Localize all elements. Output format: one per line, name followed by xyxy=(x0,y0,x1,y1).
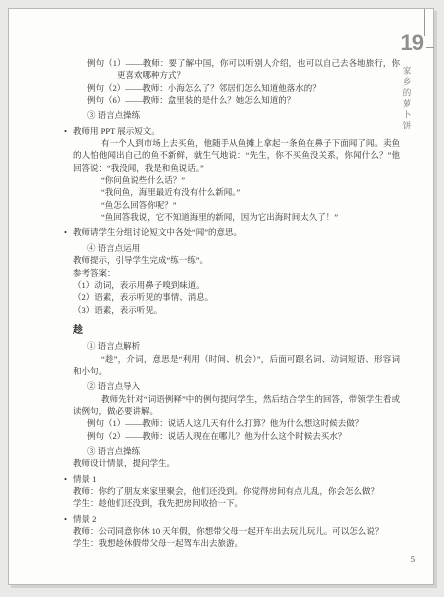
chapter-tab-rule-horizontal xyxy=(426,47,434,48)
teacher-line: 教师：公司同意你休 10 天年假，你想带父母一起开车出去玩儿玩儿。可以怎么说？ xyxy=(73,525,400,537)
page-number: 5 xyxy=(411,554,415,564)
dialogue-line: “你问鱼说些什么话？” xyxy=(101,174,400,186)
scenario-heading: 情景 2 xyxy=(73,513,400,525)
book-page: 19 家乡的萝卜饼 例句（1）——教师：要了解中国，你可以听别人介绍，也可以自己… xyxy=(8,8,434,585)
explanation-paragraph: “趁”，介词，意思是“利用（时间、机会）”，后面可跟名词、动词短语、形容词和小句… xyxy=(73,353,400,378)
numbered-step-heading: ③ 语言点操练 xyxy=(87,109,400,121)
dialogue-line: “鱼回答我说，它不知道海里的新闻，因为它出海时间太久了！” xyxy=(101,211,400,223)
student-line: 学生：趁他们还没到，我先把房间收拾一下。 xyxy=(73,497,400,509)
example-sentence-line: 例句（2）——教师：小海怎么了？邻居们怎么知道他落水的？ xyxy=(87,82,400,94)
numbered-step-heading: ① 语言点解析 xyxy=(87,340,400,352)
bullet-instruction: 教师用 PPT 展示短文。 xyxy=(73,125,400,137)
example-sentence-line: 例句（2）——教师：说话人现在在哪儿？他为什么这个时候去买水？ xyxy=(87,430,400,442)
numbered-step-heading: ④ 语言点运用 xyxy=(87,242,400,254)
numbered-step-heading: ② 语言点导入 xyxy=(87,380,400,392)
instruction-line: 教师提示，引导学生完成“练一练”。 xyxy=(73,254,400,266)
dialogue-line: “鱼怎么回答你呢？” xyxy=(101,199,400,211)
instruction-paragraph: 教师先针对“词语例释”中的例句提问学生，然后结合学生的回答，带领学生看或读例句，… xyxy=(73,393,400,418)
reading-passage: 有一个人到市场上去买鱼，他随手从鱼摊上拿起一条鱼在鼻子下面闻了闻。卖鱼的人怕他闻… xyxy=(73,137,400,174)
bullet-instruction: 教师请学生分组讨论短文中各处“闻”的意思。 xyxy=(73,226,400,238)
answer-key-label: 参考答案： xyxy=(73,267,400,279)
chapter-tab-rule-vertical xyxy=(424,9,425,36)
word-entry-heading: 趁 xyxy=(73,325,400,337)
student-line: 学生：我想趁休假带父母一起驾车出去旅游。 xyxy=(73,537,400,549)
chapter-number: 19 xyxy=(401,32,423,54)
dialogue-line: “我问鱼，海里最近有没有什么新闻。” xyxy=(101,186,400,198)
answer-item: （2）语素，表示听见的事情、消息。 xyxy=(73,291,400,303)
numbered-step-heading: ③ 语言点操练 xyxy=(87,445,400,457)
scenario-heading: 情景 1 xyxy=(73,473,400,485)
teacher-line: 教师：你约了朋友来家里聚会，他们还没到。你觉得房间有点儿乱，你会怎么做？ xyxy=(73,485,400,497)
instruction-line: 教师设计情景，提问学生。 xyxy=(73,457,400,469)
lesson-content: 例句（1）——教师：要了解中国，你可以听别人介绍，也可以自己去各地旅行，你更喜欢… xyxy=(73,57,400,550)
answer-item: （3）语素，表示听见。 xyxy=(73,304,400,316)
chapter-title-vertical: 家乡的萝卜饼 xyxy=(400,66,413,132)
answer-item: （1）动词，表示用鼻子嗅到味道。 xyxy=(73,279,400,291)
example-sentence-line: 例句（1）——教师：要了解中国，你可以听别人介绍，也可以自己去各地旅行，你更喜欢… xyxy=(87,57,400,82)
example-sentence-line: 例句（1）——教师：说话人这几天有什么打算？他为什么想这时候去做？ xyxy=(87,417,400,429)
example-sentence-line: 例句（6）——教师：盒里装的是什么？她怎么知道的？ xyxy=(87,94,400,106)
